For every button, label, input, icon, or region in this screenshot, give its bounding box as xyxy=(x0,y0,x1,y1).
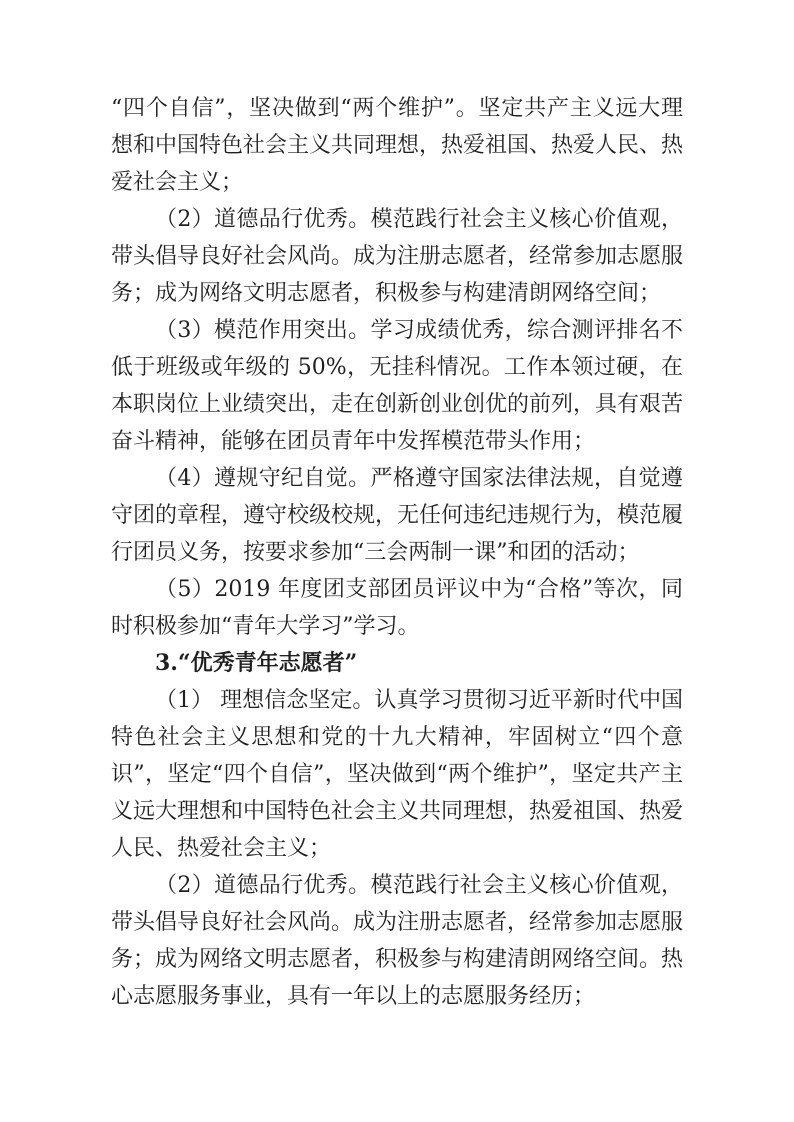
document-text-block: “四个自信”，坚决做到“两个维护”。坚定共产主义远大理想和中国特色社会主义共同理… xyxy=(111,90,683,1015)
paragraph: （2）道德品行优秀。模范践行社会主义核心价值观，带头倡导良好社会风尚。成为注册志… xyxy=(111,867,683,1015)
paragraph: （2）道德品行优秀。模范践行社会主义核心价值观，带头倡导良好社会风尚。成为注册志… xyxy=(111,201,683,312)
paragraph: （1） 理想信念坚定。认真学习贯彻习近平新时代中国特色社会主义思想和党的十九大精… xyxy=(111,682,683,867)
document-page: “四个自信”，坚决做到“两个维护”。坚定共产主义远大理想和中国特色社会主义共同理… xyxy=(0,0,794,1122)
paragraph: （4）遵规守纪自觉。严格遵守国家法律法规，自觉遵守团的章程，遵守校级校规，无任何… xyxy=(111,460,683,571)
paragraph: （3）模范作用突出。学习成绩优秀，综合测评排名不低于班级或年级的 50%，无挂科… xyxy=(111,312,683,460)
paragraph: “四个自信”，坚决做到“两个维护”。坚定共产主义远大理想和中国特色社会主义共同理… xyxy=(111,90,683,201)
paragraph: （5）2019 年度团支部团员评议中为“合格”等次，同时积极参加“青年大学习”学… xyxy=(111,571,683,645)
section-heading: 3.“优秀青年志愿者” xyxy=(111,645,683,682)
